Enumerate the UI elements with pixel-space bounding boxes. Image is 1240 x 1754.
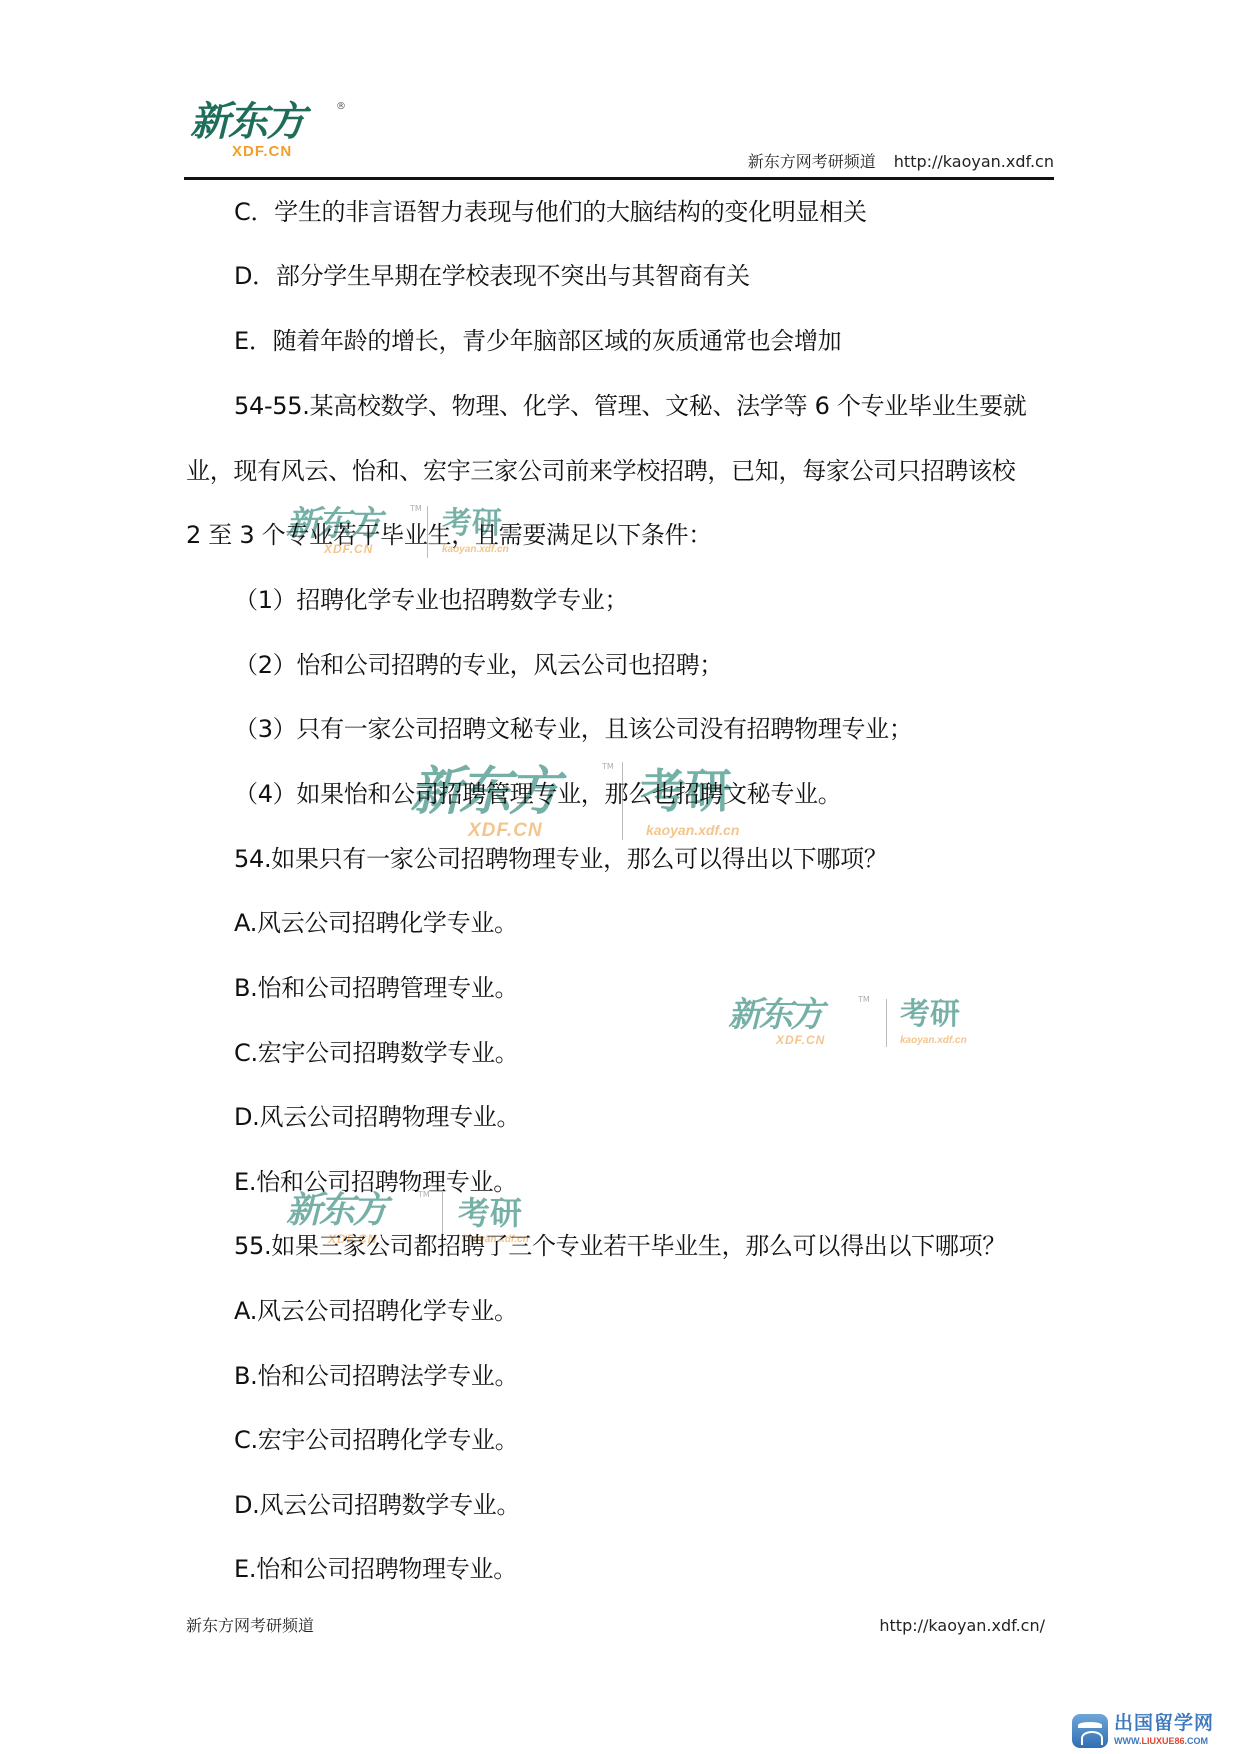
footer-channel-url[interactable]: http://kaoyan.xdf.cn/	[879, 1616, 1045, 1636]
liuxue86-logo-icon	[1072, 1714, 1108, 1748]
option-e: E．随着年龄的增长，青少年脑部区域的灰质通常也会增加	[234, 325, 841, 357]
passage-line-3: 2 至 3 个专业若干毕业生，且需要满足以下条件：	[186, 519, 712, 551]
answer-option-a: A.风云公司招聘化学专业。	[234, 1295, 518, 1327]
watermark-kaoyan: 考研	[900, 997, 960, 1033]
option-d: D．部分学生早期在学校表现不突出与其智商有关	[234, 260, 750, 292]
badge-url: WWW.LIUXUE86.COM	[1114, 1736, 1208, 1746]
answer-option-b: B.怡和公司招聘管理专业。	[234, 972, 518, 1004]
answer-option-e: E.怡和公司招聘物理专业。	[234, 1553, 517, 1585]
watermark-small-2: 新东方 TM XDF.CN 考研 kaoyan.xdf.cn	[728, 995, 998, 1055]
condition-1: （1）招聘化学专业也招聘数学专业；	[234, 584, 628, 616]
badge-url-suffix: .COM	[1185, 1736, 1209, 1746]
answer-option-d: D.风云公司招聘物理专业。	[234, 1101, 520, 1133]
header-channel-name: 新东方网考研频道	[748, 152, 876, 171]
badge-title: 出国留学网	[1114, 1712, 1214, 1734]
passage-line-1: 54-55.某高校数学、物理、化学、管理、文秘、法学等 6 个专业毕业生要就	[234, 390, 1027, 422]
badge-url-highlight: LIUXUE86	[1142, 1736, 1185, 1746]
liuxue86-badge: 出国留学网 WWW.LIUXUE86.COM	[1072, 1712, 1240, 1754]
watermark-tm: TM	[602, 762, 614, 771]
header-channel-url[interactable]: http://kaoyan.xdf.cn	[894, 152, 1054, 171]
answer-option-d: D.风云公司招聘数学专业。	[234, 1489, 520, 1521]
passage-line-2: 业，现有风云、怡和、宏宇三家公司前来学校招聘，已知，每家公司只招聘该校	[186, 455, 1016, 487]
condition-2: （2）怡和公司招聘的专业，风云公司也招聘；	[234, 649, 723, 681]
watermark-brand-en: XDF.CN	[776, 1033, 825, 1047]
condition-4: （4）如果怡和公司招聘管理专业，那么也招聘文秘专业。	[234, 778, 841, 810]
question-stem: 55.如果三家公司都招聘了三个专业若干毕业生，那么可以得出以下哪项？	[234, 1230, 1006, 1262]
header-channel-info: 新东方网考研频道http://kaoyan.xdf.cn	[748, 152, 1054, 172]
logo-brand-cn: 新东方	[190, 100, 304, 144]
watermark-brand-en: XDF.CN	[468, 820, 543, 842]
option-c: C．学生的非言语智力表现与他们的大脑结构的变化明显相关	[234, 196, 867, 228]
registered-mark: ®	[336, 102, 346, 112]
watermark-kaoyan: 考研	[458, 1194, 522, 1232]
logo-brand-en: XDF.CN	[232, 144, 292, 160]
answer-option-a: A.风云公司招聘化学专业。	[234, 907, 518, 939]
answer-option-b: B.怡和公司招聘法学专业。	[234, 1360, 518, 1392]
header-divider	[184, 177, 1054, 180]
watermark-divider	[886, 999, 887, 1047]
watermark-brand-cn: 新东方	[728, 995, 821, 1035]
answer-option-c: C.宏宇公司招聘数学专业。	[234, 1037, 519, 1069]
badge-url-prefix: WWW.	[1114, 1736, 1142, 1746]
answer-option-c: C.宏宇公司招聘化学专业。	[234, 1424, 519, 1456]
watermark-url: kaoyan.xdf.cn	[900, 1035, 967, 1046]
watermark-tm: TM	[858, 995, 870, 1004]
condition-3: （3）只有一家公司招聘文秘专业，且该公司没有招聘物理专业；	[234, 713, 913, 745]
xdf-logo: 新东方 ® XDF.CN	[190, 100, 340, 166]
question-stem: 54.如果只有一家公司招聘物理专业，那么可以得出以下哪项？	[234, 843, 887, 875]
watermark-tm: TM	[410, 504, 422, 513]
answer-option-e: E.怡和公司招聘物理专业。	[234, 1166, 517, 1198]
watermark-url: kaoyan.xdf.cn	[646, 822, 739, 838]
footer-channel-name: 新东方网考研频道	[186, 1616, 314, 1636]
